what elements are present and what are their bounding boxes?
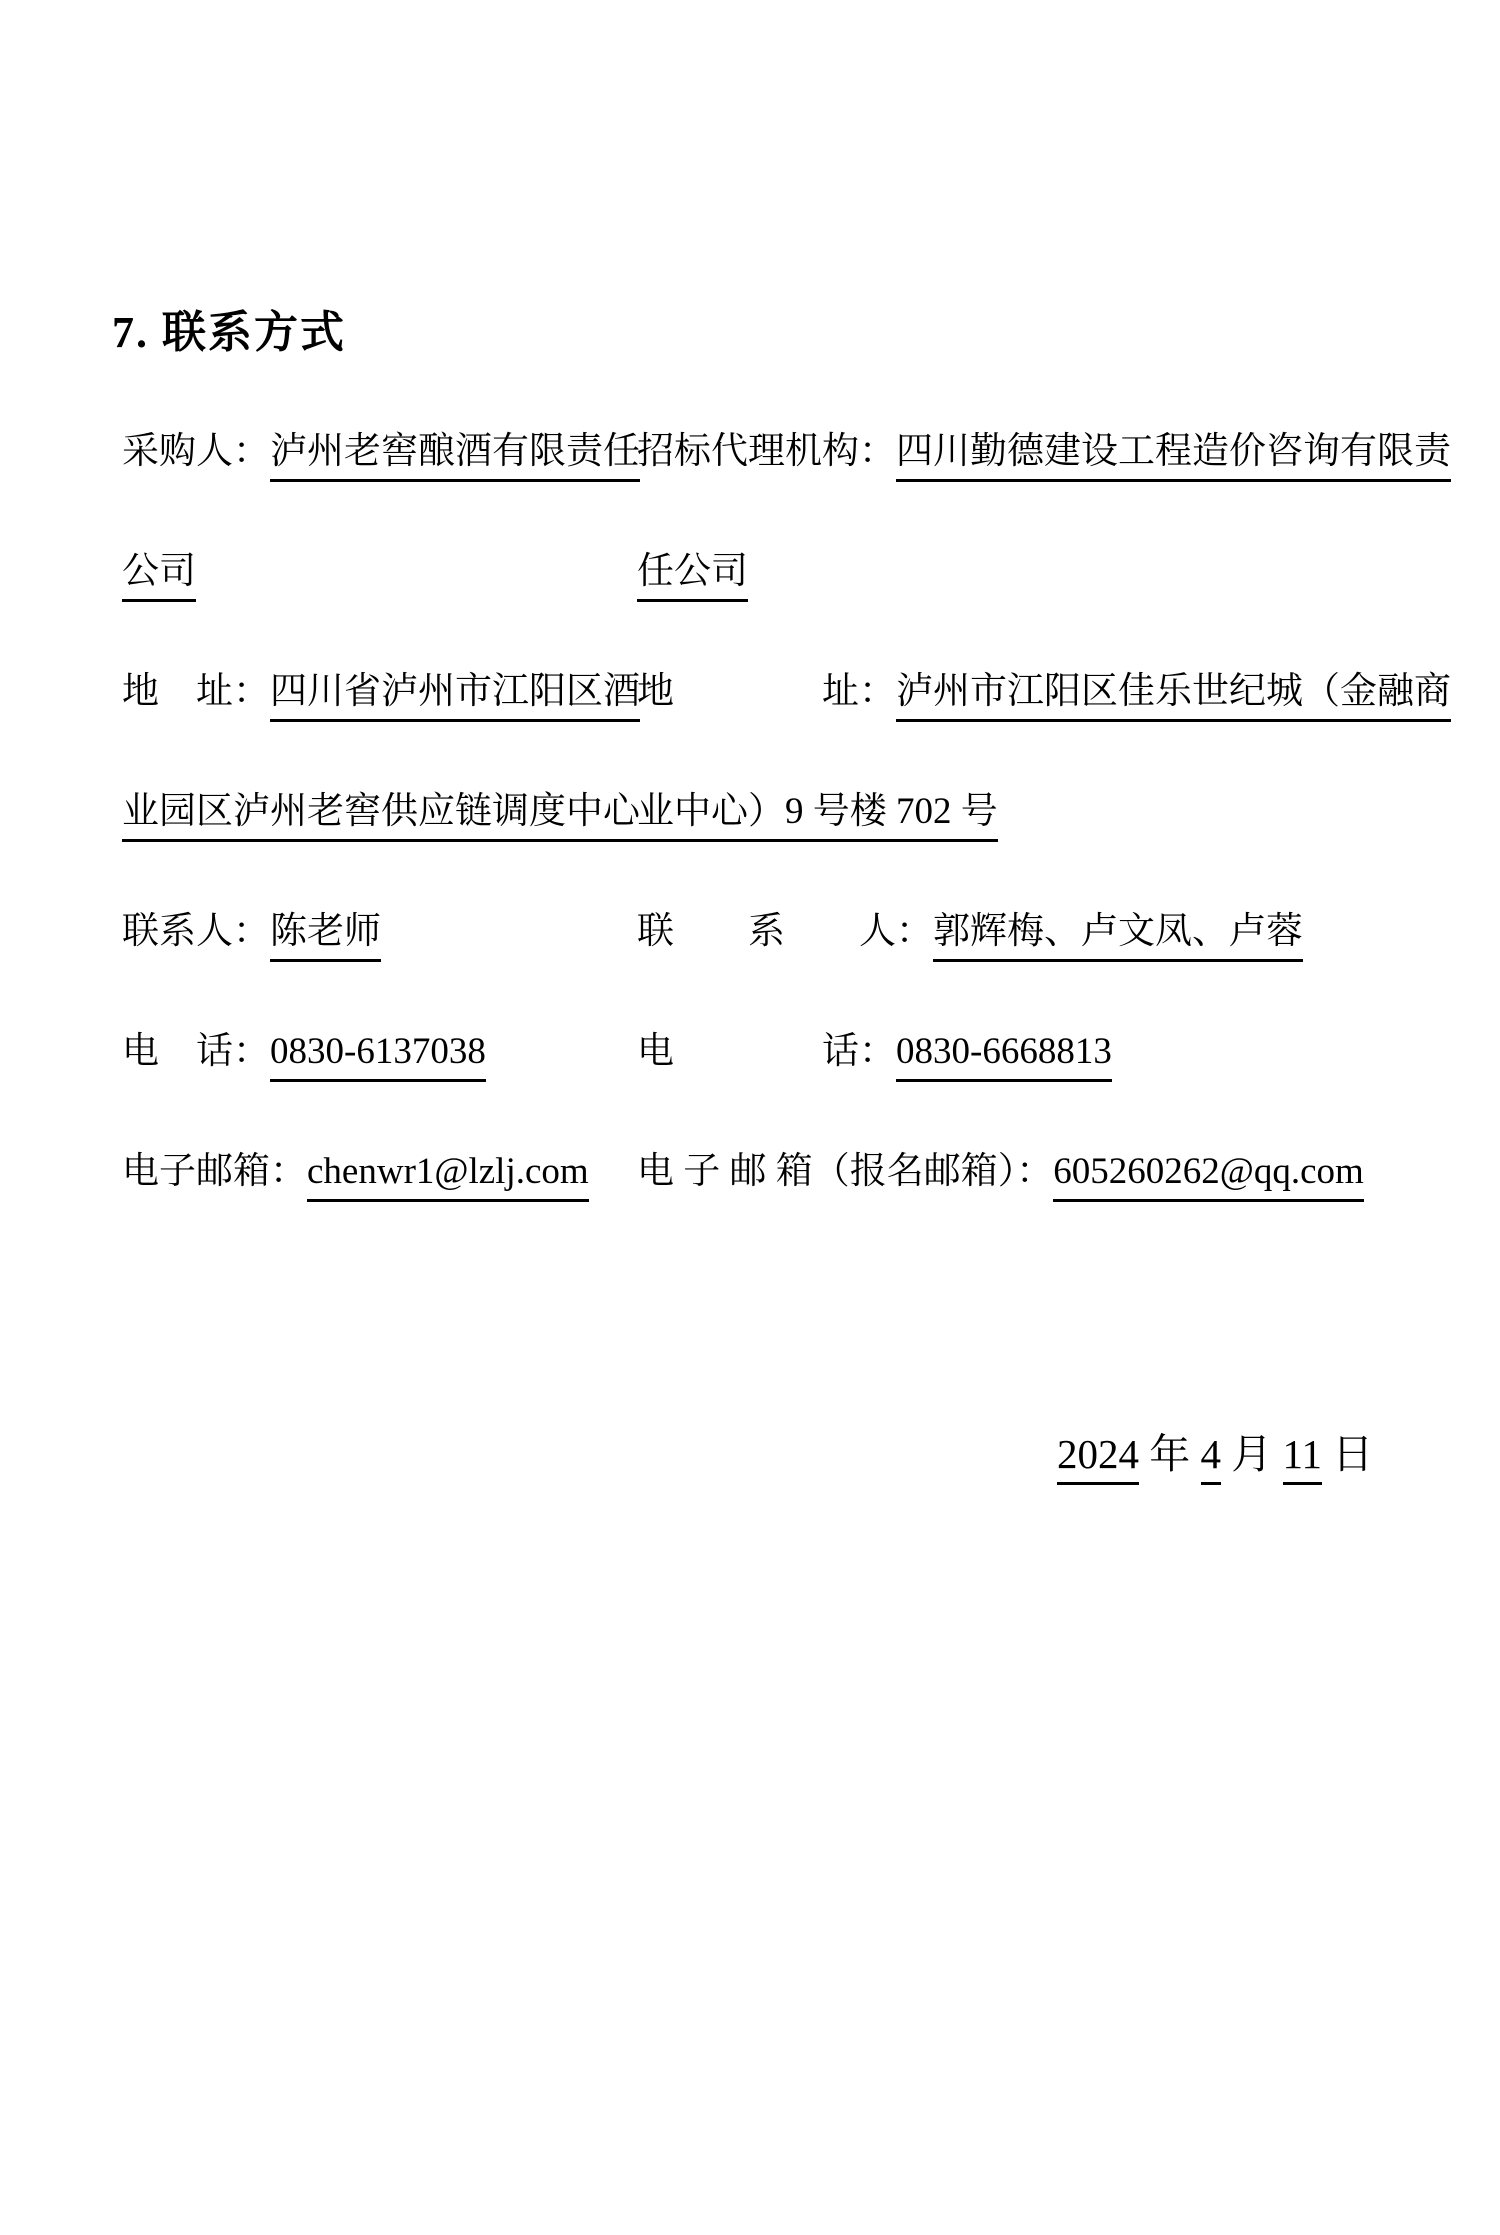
agent-name-line-1: 招标代理机构：四川勤德建设工程造价咨询有限责 [637, 392, 1451, 512]
agent-phone-value: 0830-6668813 [896, 1031, 1112, 1082]
agent-phone-line: 电 话：0830-6668813 [637, 992, 1451, 1112]
purchaser-column: 采购人：泸州老窖酿酒有限责任 公司 地 址：四川省泸州市江阳区酒 业园区泸州老窖… [122, 392, 637, 1232]
date-day-unit: 日 [1322, 1431, 1373, 1477]
purchaser-phone-label: 电 话： [122, 1031, 270, 1072]
agent-phone-label: 电 话： [637, 1031, 896, 1072]
purchaser-phone-line: 电 话：0830-6137038 [122, 992, 637, 1112]
purchaser-address-value-cont: 业园区泸州老窖供应链调度中心 [122, 791, 640, 842]
purchaser-email-label: 电子邮箱： [122, 1151, 307, 1192]
agent-address-line-2: 业中心）9 号楼 702 号 [637, 752, 1451, 872]
purchaser-name-value: 泸州老窖酿酒有限责任 [270, 431, 640, 482]
purchaser-label: 采购人： [122, 431, 270, 472]
agent-name-line-2: 任公司 [637, 512, 1451, 632]
agent-contact-value: 郭辉梅、卢文凤、卢蓉 [933, 911, 1303, 962]
agent-address-label: 地 址： [637, 671, 896, 712]
date-month: 4 [1201, 1431, 1222, 1485]
agent-name-value-cont: 任公司 [637, 551, 748, 602]
date-year: 2024 [1057, 1431, 1139, 1485]
purchaser-email-line: 电子邮箱：chenwr1@lzlj.com [122, 1112, 637, 1232]
date-month-unit: 月 [1221, 1431, 1283, 1477]
agent-email-line: 电 子 邮 箱（报名邮箱）：605260262@qq.com [637, 1112, 1451, 1232]
document-page: 7. 联系方式 采购人：泸州老窖酿酒有限责任 公司 地 址：四川省泸州市江阳区酒… [0, 0, 1500, 2235]
purchaser-address-line-2: 业园区泸州老窖供应链调度中心 [122, 752, 637, 872]
agent-email-label: 电 子 邮 箱（报名邮箱）： [637, 1151, 1053, 1192]
purchaser-email-value: chenwr1@lzlj.com [307, 1151, 589, 1202]
purchaser-contact-line: 联系人：陈老师 [122, 872, 637, 992]
agent-label: 招标代理机构： [637, 431, 896, 472]
agent-address-line-1: 地 址：泸州市江阳区佳乐世纪城（金融商 [637, 632, 1451, 752]
section-heading: 7. 联系方式 [112, 296, 346, 360]
purchaser-contact-value: 陈老师 [270, 911, 381, 962]
agent-email-value: 605260262@qq.com [1053, 1151, 1364, 1202]
date-day: 11 [1283, 1431, 1322, 1485]
purchaser-address-line-1: 地 址：四川省泸州市江阳区酒 [122, 632, 637, 752]
date-year-unit: 年 [1139, 1431, 1201, 1477]
agent-contact-label: 联 系 人： [637, 911, 933, 952]
contact-table: 采购人：泸州老窖酿酒有限责任 公司 地 址：四川省泸州市江阳区酒 业园区泸州老窖… [122, 392, 1412, 1232]
agent-address-value-cont: 业中心）9 号楼 702 号 [637, 791, 998, 842]
purchaser-contact-label: 联系人： [122, 911, 270, 952]
agent-address-value: 泸州市江阳区佳乐世纪城（金融商 [896, 671, 1451, 722]
purchaser-name-line-1: 采购人：泸州老窖酿酒有限责任 [122, 392, 637, 512]
agent-contact-line: 联 系 人：郭辉梅、卢文凤、卢蓉 [637, 872, 1451, 992]
agent-column: 招标代理机构：四川勤德建设工程造价咨询有限责 任公司 地 址：泸州市江阳区佳乐世… [637, 392, 1451, 1232]
purchaser-phone-value: 0830-6137038 [270, 1031, 486, 1082]
purchaser-address-value: 四川省泸州市江阳区酒 [270, 671, 640, 722]
agent-name-value: 四川勤德建设工程造价咨询有限责 [896, 431, 1451, 482]
date-line: 2024 年 4 月 11 日 [1016, 1358, 1373, 1550]
purchaser-address-label: 地 址： [122, 671, 270, 712]
purchaser-name-value-cont: 公司 [122, 551, 196, 602]
purchaser-name-line-2: 公司 [122, 512, 637, 632]
